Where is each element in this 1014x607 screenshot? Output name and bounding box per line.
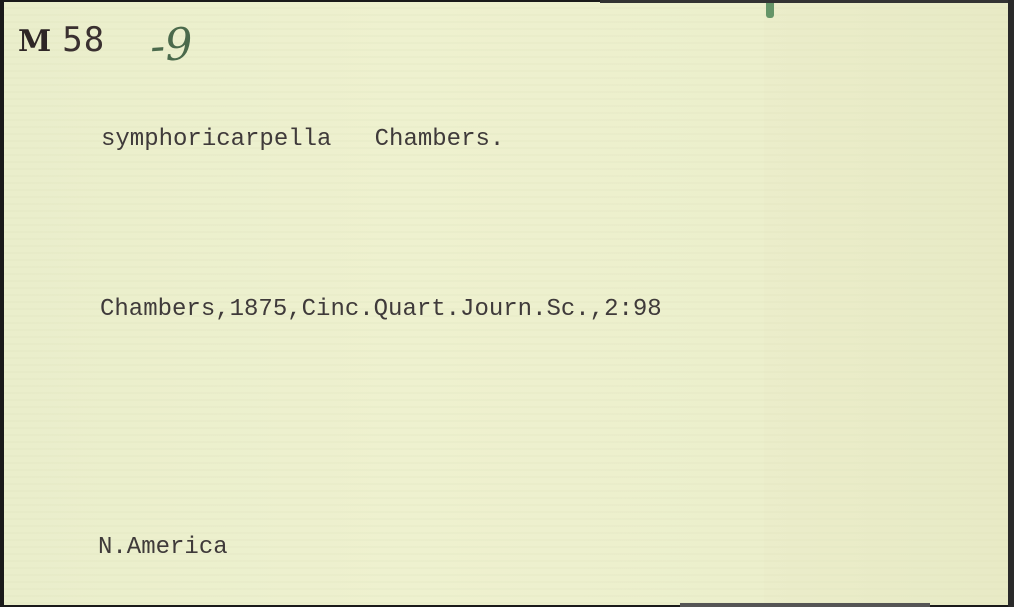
catalog-number: 58: [62, 20, 105, 60]
reference-citation: Chambers,1875,Cinc.Quart.Journ.Sc.,2:98: [100, 296, 662, 323]
card-right-shadow: [1008, 0, 1014, 607]
card-bottom-shadow: [680, 603, 930, 607]
taxon-line: symphoricarpella Chambers.: [101, 126, 504, 153]
tab-marker: [766, 2, 774, 18]
species-name: symphoricarpella: [101, 126, 331, 153]
card-top-shadow: [600, 0, 1014, 3]
index-card: M58 -9 symphoricarpella Chambers. Chambe…: [4, 2, 1009, 605]
catalog-code: M58: [18, 20, 105, 62]
handwritten-annotation: -9: [148, 19, 194, 73]
catalog-prefix: M: [18, 24, 52, 59]
author: Chambers.: [375, 126, 505, 153]
locality: N.America: [98, 534, 228, 561]
